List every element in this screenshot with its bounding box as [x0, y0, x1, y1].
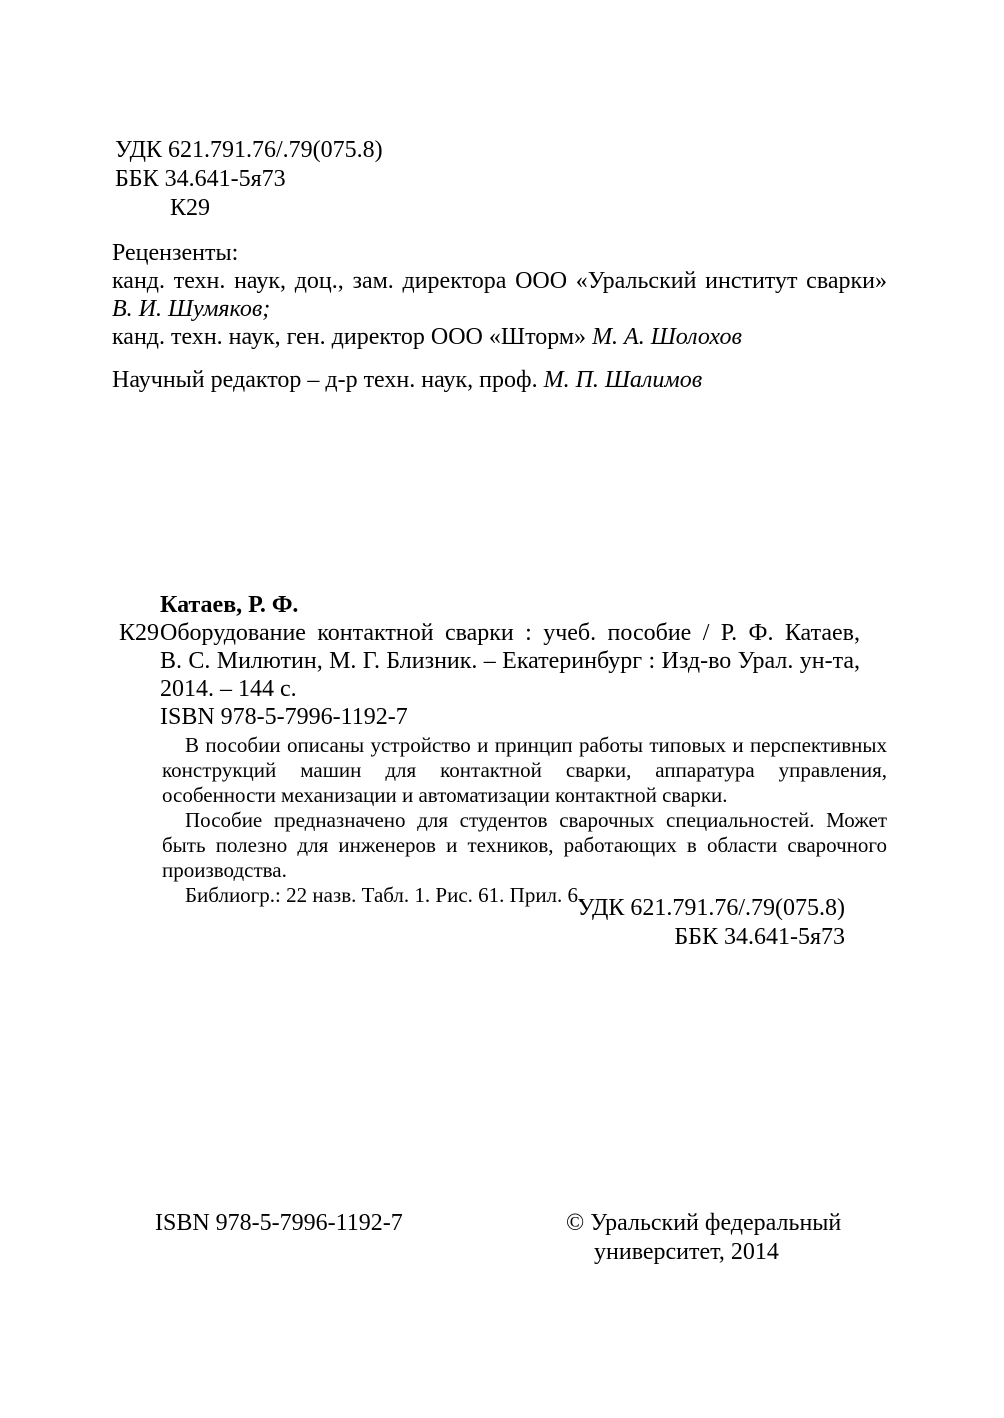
reviewer2-description: канд. техн. наук, ген. директор ООО «Што…: [112, 324, 592, 350]
udc-number-repeat: УДК 621.791.76/.79(075.8): [577, 894, 845, 923]
copyright-line2: университет, 2014: [566, 1238, 841, 1267]
annotation-paragraph-1: В пособии описаны устройство и принцип р…: [162, 733, 887, 808]
catalog-author: Катаев, Р. Ф.: [160, 591, 298, 619]
author-sign-code: К29: [115, 194, 383, 223]
reviewer1-description: канд. техн. наук, доц., зам. директора О…: [112, 267, 887, 295]
classification-right-block: УДК 621.791.76/.79(075.8) ББК 34.641-5я7…: [577, 894, 845, 952]
reviewer2-name: М. А. Шолохов: [592, 324, 742, 350]
catalog-isbn: ISBN 978-5-7996-1192-7: [160, 703, 860, 731]
annotation-paragraph-2: Пособие предназначено для студентов свар…: [162, 808, 887, 883]
copyright-line1: © Уральский федеральный: [566, 1209, 841, 1238]
top-classification-block: УДК 621.791.76/.79(075.8) ББК 34.641-5я7…: [115, 136, 383, 223]
bbk-number-repeat: ББК 34.641-5я73: [577, 923, 845, 952]
catalog-entry-line2: В. С. Милютин, М. Г. Близник. – Екатерин…: [160, 647, 860, 675]
copyright-notice: © Уральский федеральный университет, 201…: [566, 1209, 841, 1267]
catalog-entry-line1: Оборудование контактной сварки : учеб. п…: [160, 619, 860, 647]
science-editor-label: Научный редактор – д-р техн. наук, проф.: [112, 367, 544, 393]
catalog-entry: Оборудование контактной сварки : учеб. п…: [160, 619, 860, 731]
catalog-entry-line3: 2014. – 144 с.: [160, 675, 860, 703]
reviewers-section: Рецензенты: канд. техн. наук, доц., зам.…: [112, 239, 887, 351]
reviewer2-line: канд. техн. наук, ген. директор ООО «Што…: [112, 323, 887, 351]
footer-isbn: ISBN 978-5-7996-1192-7: [155, 1209, 403, 1237]
catalog-author-sign: К29: [119, 619, 159, 647]
annotation-block: В пособии описаны устройство и принцип р…: [162, 733, 887, 908]
reviewers-heading: Рецензенты:: [112, 239, 887, 267]
book-imprint-page: УДК 621.791.76/.79(075.8) ББК 34.641-5я7…: [0, 0, 1004, 1418]
udc-number: УДК 621.791.76/.79(075.8): [115, 136, 383, 165]
bbk-number: ББК 34.641-5я73: [115, 165, 383, 194]
science-editor-line: Научный редактор – д-р техн. наук, проф.…: [112, 366, 702, 394]
reviewer1-name: В. И. Шумяков;: [112, 295, 887, 323]
science-editor-name: М. П. Шалимов: [544, 367, 703, 393]
